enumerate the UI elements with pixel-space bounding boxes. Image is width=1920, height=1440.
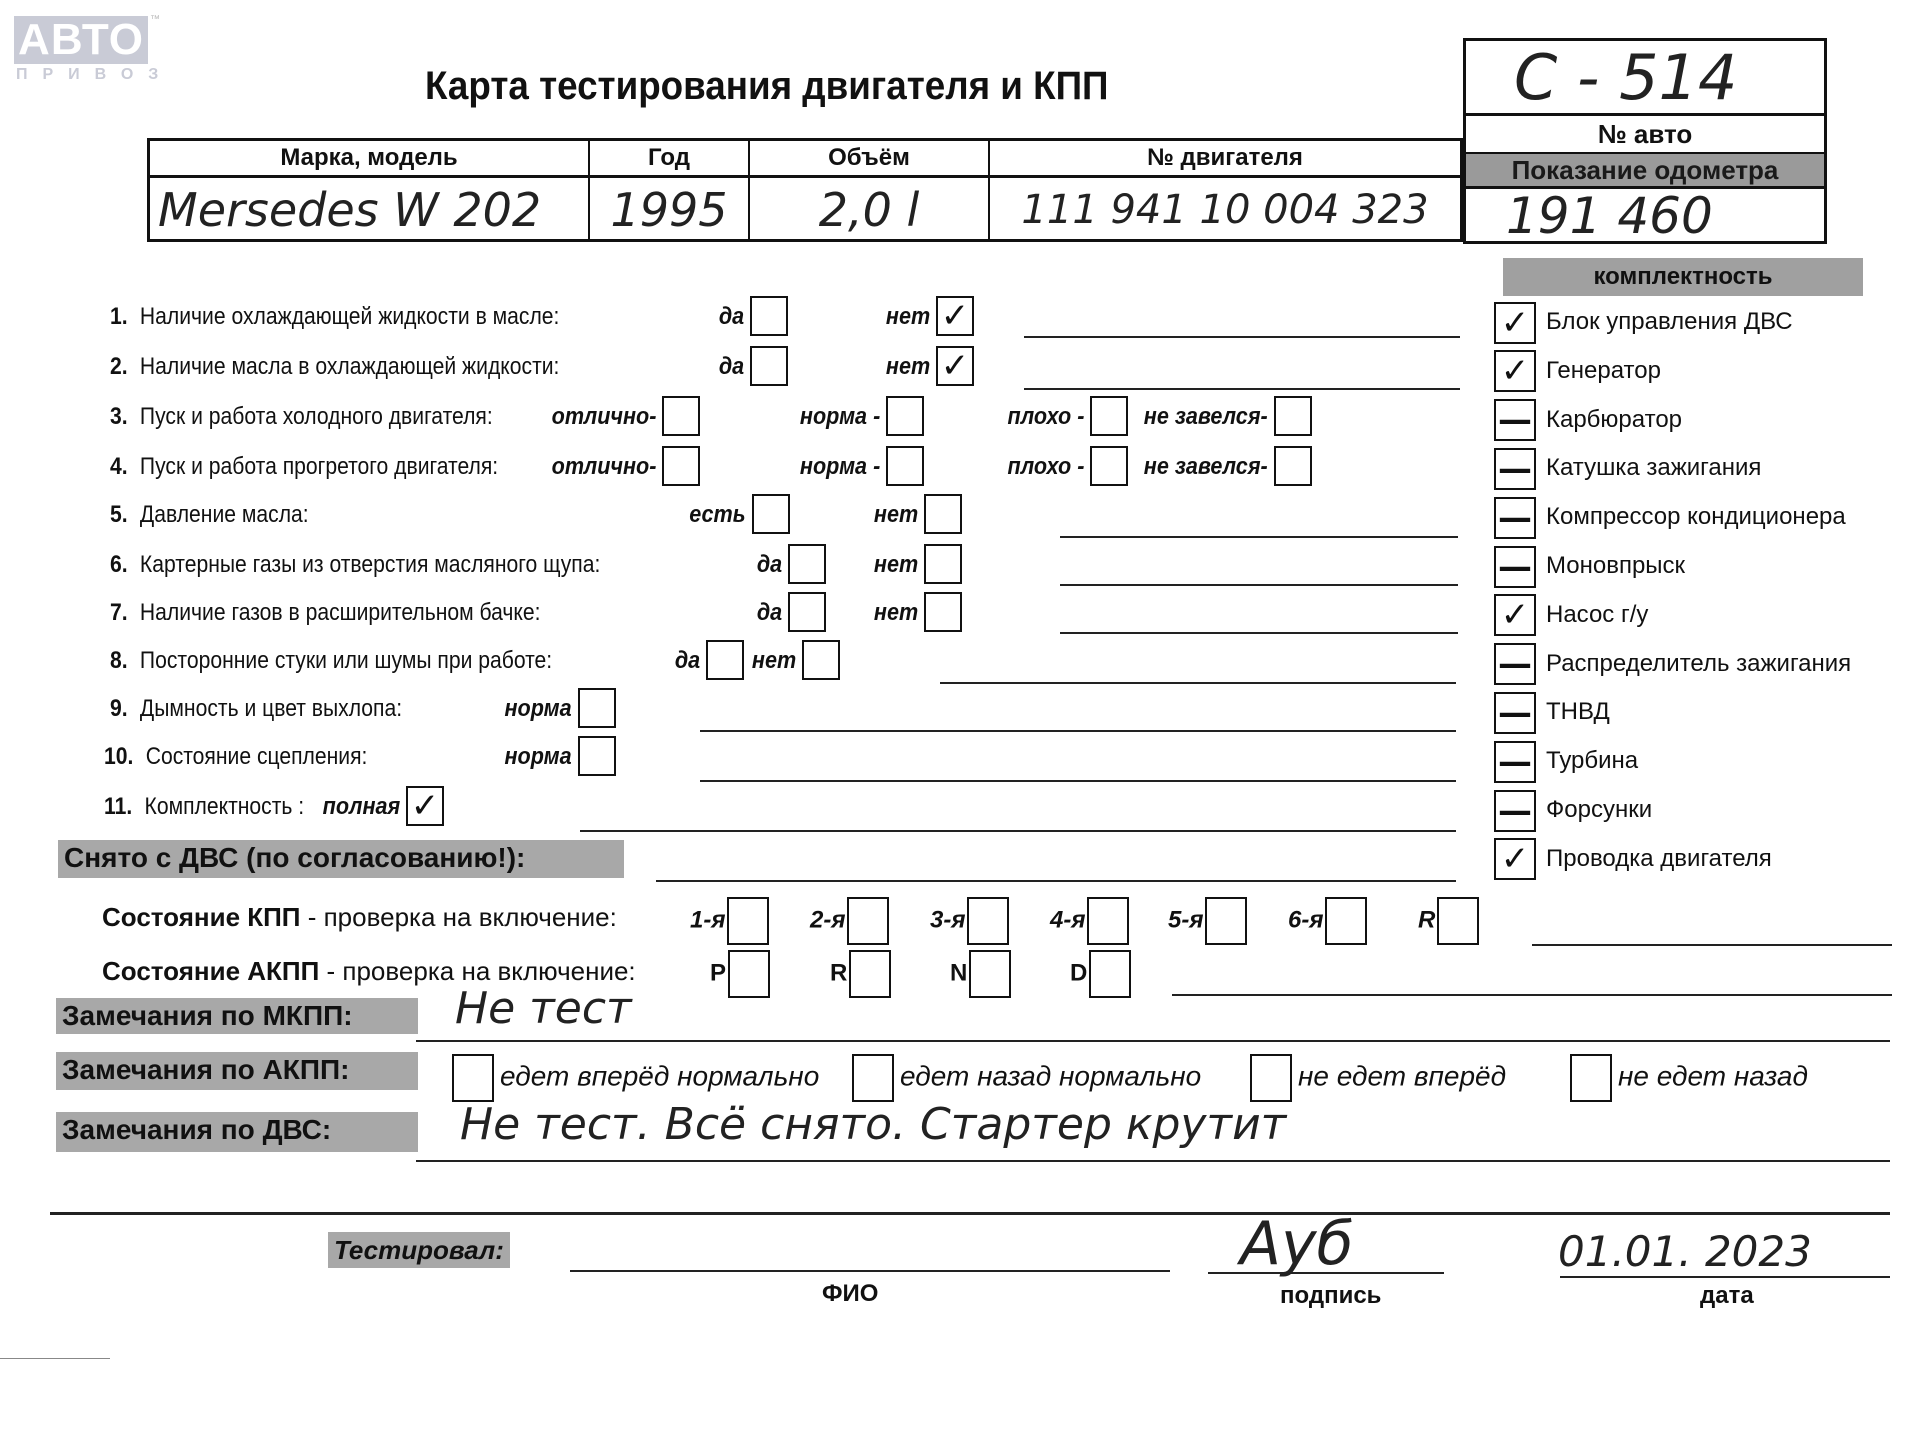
kpp-label-bold: Состояние КПП [102, 902, 301, 932]
tested-by-label: Тестировал: [328, 1232, 510, 1268]
option-label: норма - [800, 402, 880, 432]
completeness-checkbox[interactable]: — [1494, 497, 1536, 539]
option-label: не завелся- [1144, 402, 1268, 432]
akpp-gear-label: R [830, 959, 847, 986]
completeness-header: комплектность [1503, 258, 1863, 296]
option-label: отлично- [551, 402, 656, 432]
kpp-gear-checkbox[interactable] [1325, 897, 1367, 945]
engine-number-label: № двигателя [990, 141, 1460, 178]
akpp-gear-checkbox[interactable] [1089, 950, 1131, 998]
kpp-gear-option: R [1418, 897, 1479, 945]
completeness-item-label: Компрессор кондиционера [1546, 503, 1846, 530]
completeness-item-label: Турбина [1546, 747, 1638, 774]
engine-remarks-label: Замечания по ДВС: [56, 1112, 418, 1152]
option-label: есть [690, 500, 746, 530]
option-label: да [757, 598, 782, 628]
question-text: Наличие газов в расширительном бачке: [140, 599, 541, 626]
completeness-item-label: Катушка зажигания [1546, 454, 1761, 481]
option-label: да [757, 550, 782, 580]
kpp-gear-option: 3-я [930, 897, 1009, 945]
question-4: 4.Пуск и работа прогретого двигателя: [110, 452, 498, 482]
option-checkbox[interactable] [1274, 446, 1312, 486]
question-text: Наличие охлаждающей жидкости в масле: [140, 303, 559, 330]
akpp-remark-checkbox[interactable] [452, 1054, 494, 1102]
kpp-gear-checkbox[interactable] [1087, 897, 1129, 945]
question-2: 2.Наличие масла в охлаждающей жидкости: [110, 352, 559, 382]
question-text: Давление масла: [140, 501, 309, 528]
section-divider [50, 1212, 1890, 1215]
logo-trademark: ™ [150, 14, 160, 25]
completeness-item: —Карбюратор [1494, 398, 1682, 442]
completeness-checkbox[interactable]: — [1494, 790, 1536, 832]
completeness-checkbox[interactable]: ✓ [1494, 838, 1536, 880]
completeness-item-label: Моновпрыск [1546, 552, 1685, 579]
engine-number-column: № двигателя 111 941 10 004 323 [990, 141, 1460, 239]
completeness-item: ✓Насос г/у [1494, 593, 1648, 637]
option-label: плохо - [1007, 452, 1084, 482]
option-checkbox[interactable] [886, 396, 924, 436]
engine-remarks-line [416, 1160, 1890, 1162]
completeness-item: —Форсунки [1494, 788, 1652, 832]
kpp-label-rest: - проверка на включение: [301, 902, 617, 932]
option-checkbox[interactable] [706, 640, 744, 680]
completeness-checkbox[interactable]: — [1494, 741, 1536, 783]
question-1: 1.Наличие охлаждающей жидкости в масле: [110, 302, 559, 332]
question-3: 3.Пуск и работа холодного двигателя: [110, 402, 493, 432]
akpp-remarks-label: Замечания по АКПП: [56, 1052, 418, 1090]
question-number: 9. [110, 695, 128, 722]
question-7: 7.Наличие газов в расширительном бачке: [110, 598, 541, 628]
completeness-checkbox[interactable]: ✓ [1494, 350, 1536, 392]
kpp-gear-checkbox[interactable] [1437, 897, 1479, 945]
removed-parts-line[interactable] [656, 880, 1456, 882]
completeness-item: ✓Генератор [1494, 349, 1661, 393]
option-label: нет [752, 646, 796, 676]
option-label: да [719, 302, 744, 332]
question-5: 5.Давление масла: [110, 500, 309, 530]
volume-label: Объём [750, 141, 988, 178]
completeness-checkbox[interactable]: ✓ [1494, 302, 1536, 344]
completeness-item: ✓Проводка двигателя [1494, 837, 1772, 881]
fio-caption: ФИО [822, 1280, 878, 1308]
option-label: нет [874, 598, 918, 628]
option-checkbox[interactable] [1274, 396, 1312, 436]
completeness-item: ✓Блок управления ДВС [1494, 300, 1793, 344]
volume-column: Объём 2,0 l [750, 141, 990, 239]
option-checkbox[interactable] [752, 494, 790, 534]
question-number: 6. [110, 551, 128, 578]
kpp-gear-option: 4-я [1050, 897, 1129, 945]
completeness-item: —Катушка зажигания [1494, 446, 1761, 490]
kpp-gear-label: 5-я [1168, 906, 1203, 933]
question-notes-line[interactable] [1024, 388, 1460, 390]
engine-remarks-value[interactable]: Не тест. Всё снято. Стартер крутит [460, 1098, 1286, 1152]
completeness-item-label: Проводка двигателя [1546, 845, 1772, 872]
akpp-gear-option: D [1070, 950, 1131, 998]
year-label: Год [590, 141, 748, 178]
question-number: 3. [110, 403, 128, 430]
date-line [1560, 1276, 1890, 1278]
kpp-gear-label: 4-я [1050, 906, 1085, 933]
completeness-item: —Моновпрыск [1494, 544, 1685, 588]
option-label: полная [322, 792, 400, 822]
vehicle-header-table: Марка, модель Mersedes W 202 Год 1995 Об… [147, 138, 1463, 242]
kpp-gear-option: 6-я [1288, 897, 1367, 945]
odometer-value[interactable]: 191 460 [1466, 187, 1824, 243]
engine-number-value[interactable]: 111 941 10 004 323 [990, 178, 1460, 242]
option-label: отлично- [551, 452, 656, 482]
option-checkbox[interactable] [886, 446, 924, 486]
completeness-item-label: Карбюратор [1546, 406, 1682, 433]
akpp-gear-checkbox[interactable] [728, 950, 770, 998]
mkpp-remarks-value[interactable]: Не тест [455, 982, 632, 1036]
option-label: нет [874, 500, 918, 530]
option-checkbox[interactable] [788, 544, 826, 584]
akpp-gear-checkbox[interactable] [849, 950, 891, 998]
completeness-checkbox[interactable]: — [1494, 643, 1536, 685]
kpp-gear-option: 2-я [810, 897, 889, 945]
kpp-gear-label: 3-я [930, 906, 965, 933]
completeness-checkbox[interactable]: ✓ [1494, 594, 1536, 636]
akpp-remark-label: не едет назад [1618, 1060, 1808, 1091]
kpp-gear-checkbox[interactable] [967, 897, 1009, 945]
question-10: 10.Состояние сцепления: [104, 742, 367, 772]
vehicle-number-label: № авто [1466, 116, 1824, 152]
signature-line [1208, 1272, 1444, 1274]
volume-value[interactable]: 2,0 l [750, 178, 988, 242]
kpp-label: Состояние КПП - проверка на включение: [102, 900, 617, 934]
option-checkbox[interactable] [802, 640, 840, 680]
question-text: Состояние сцепления: [146, 743, 368, 770]
odometer-label: Показание одометра [1466, 152, 1824, 189]
date-value[interactable]: 01.01. 2023 [1558, 1228, 1812, 1276]
make-model-column: Марка, модель Mersedes W 202 [150, 141, 590, 239]
completeness-item-label: Блок управления ДВС [1546, 308, 1793, 335]
completeness-item-label: ТНВД [1546, 698, 1610, 725]
question-text: Комплектность : [145, 793, 305, 820]
question-number: 10. [104, 743, 133, 770]
kpp-notes-line[interactable] [1532, 944, 1892, 946]
mkpp-remarks-label: Замечания по МКПП: [56, 998, 418, 1034]
completeness-checkbox[interactable]: — [1494, 546, 1536, 588]
kpp-gear-label: 2-я [810, 906, 845, 933]
removed-parts-label: Снято с ДВС (по согласованию!): [58, 840, 624, 878]
question-number: 8. [110, 647, 128, 674]
kpp-gear-checkbox[interactable] [727, 897, 769, 945]
option-checkbox[interactable]: ✓ [936, 296, 974, 336]
question-text: Наличие масла в охлаждающей жидкости: [140, 353, 559, 380]
akpp-gear-option: N [950, 950, 1011, 998]
option-label: норма - [800, 452, 880, 482]
option-label: нет [874, 550, 918, 580]
completeness-checkbox[interactable]: — [1494, 399, 1536, 441]
make-model-value[interactable]: Mersedes W 202 [150, 178, 588, 242]
year-value[interactable]: 1995 [590, 178, 748, 242]
option-label: нет [886, 302, 930, 332]
akpp-remark-label: не едет вперёд [1298, 1060, 1506, 1091]
question-notes-line[interactable] [940, 682, 1456, 684]
option-checkbox[interactable] [750, 346, 788, 386]
question-notes-line[interactable] [700, 780, 1456, 782]
completeness-item-label: Форсунки [1546, 796, 1652, 823]
option-checkbox[interactable] [662, 446, 700, 486]
date-caption: дата [1700, 1282, 1754, 1310]
question-6: 6.Картерные газы из отверстия масляного … [110, 550, 600, 580]
vehicle-number-value[interactable]: C - 514 [1466, 41, 1824, 116]
option-label: не завелся- [1144, 452, 1268, 482]
question-notes-line[interactable] [1060, 584, 1458, 586]
option-label: норма [505, 694, 572, 724]
akpp-gear-label: P [710, 959, 726, 986]
question-9: 9.Дымность и цвет выхлопа: [110, 694, 402, 724]
option-checkbox[interactable] [750, 296, 788, 336]
vehicle-info-box: C - 514 № авто Показание одометра 191 46… [1463, 38, 1827, 244]
option-checkbox[interactable] [578, 688, 616, 728]
logo: АВТО [14, 16, 148, 64]
make-model-label: Марка, модель [150, 141, 588, 178]
akpp-gear-label: N [950, 959, 967, 986]
question-number: 2. [110, 353, 128, 380]
kpp-gear-option: 1-я [690, 897, 769, 945]
question-text: Картерные газы из отверстия масляного щу… [140, 551, 600, 578]
kpp-gear-label: 6-я [1288, 906, 1323, 933]
signature-value[interactable]: Ауб [1240, 1212, 1354, 1276]
kpp-gear-label: 1-я [690, 906, 725, 933]
option-checkbox[interactable] [1090, 446, 1128, 486]
completeness-item-label: Насос г/у [1546, 601, 1648, 628]
option-checkbox[interactable]: ✓ [406, 786, 444, 826]
option-checkbox[interactable] [578, 736, 616, 776]
question-notes-line[interactable] [1060, 632, 1458, 634]
question-number: 1. [110, 303, 128, 330]
akpp-notes-line[interactable] [1172, 994, 1892, 996]
akpp-gear-label: D [1070, 959, 1087, 986]
question-number: 5. [110, 501, 128, 528]
akpp-remark-checkbox[interactable] [1570, 1054, 1612, 1102]
akpp-remark-label: едет вперёд нормально [500, 1060, 819, 1091]
akpp-remark-option: не едет вперёд [1250, 1054, 1506, 1102]
question-notes-line[interactable] [700, 730, 1456, 732]
fio-line[interactable] [570, 1270, 1170, 1272]
question-number: 4. [110, 453, 128, 480]
mkpp-remarks-line [416, 1040, 1890, 1042]
question-8: 8.Посторонние стуки или шумы при работе: [110, 646, 552, 676]
question-text: Посторонние стуки или шумы при работе: [140, 647, 552, 674]
option-label: норма [505, 742, 572, 772]
akpp-gear-checkbox[interactable] [969, 950, 1011, 998]
completeness-item: —Турбина [1494, 739, 1638, 783]
question-notes-line[interactable] [580, 830, 1456, 832]
question-text: Пуск и работа холодного двигателя: [140, 403, 493, 430]
option-checkbox[interactable] [662, 396, 700, 436]
question-text: Дымность и цвет выхлопа: [140, 695, 402, 722]
completeness-item: —ТНВД [1494, 690, 1610, 734]
option-label: плохо - [1007, 402, 1084, 432]
question-number: 11. [104, 793, 132, 820]
completeness-checkbox[interactable]: — [1494, 448, 1536, 490]
question-notes-line[interactable] [1024, 336, 1460, 338]
option-checkbox[interactable] [924, 592, 962, 632]
question-notes-line[interactable] [1060, 536, 1458, 538]
kpp-gear-checkbox[interactable] [1205, 897, 1247, 945]
option-checkbox[interactable]: ✓ [936, 346, 974, 386]
year-column: Год 1995 [590, 141, 750, 239]
akpp-gear-option: R [830, 950, 891, 998]
option-label: нет [886, 352, 930, 382]
question-text: Пуск и работа прогретого двигателя: [140, 453, 498, 480]
scan-edge-line [0, 1358, 110, 1359]
option-checkbox[interactable] [924, 544, 962, 584]
kpp-gear-option: 5-я [1168, 897, 1247, 945]
option-checkbox[interactable] [1090, 396, 1128, 436]
akpp-remark-label: едет назад нормально [900, 1060, 1201, 1091]
option-checkbox[interactable] [924, 494, 962, 534]
akpp-remark-option: едет назад нормально [852, 1054, 1201, 1102]
completeness-checkbox[interactable]: — [1494, 692, 1536, 734]
akpp-remark-checkbox[interactable] [1250, 1054, 1292, 1102]
completeness-item: —Компрессор кондиционера [1494, 495, 1846, 539]
akpp-remark-option: едет вперёд нормально [452, 1054, 819, 1102]
akpp-label-bold: Состояние АКПП [102, 956, 319, 986]
akpp-gear-option: P [710, 950, 770, 998]
option-checkbox[interactable] [788, 592, 826, 632]
signature-caption: подпись [1280, 1282, 1381, 1310]
completeness-item: —Распределитель зажигания [1494, 642, 1851, 686]
option-label: да [675, 646, 700, 676]
completeness-item-label: Распределитель зажигания [1546, 650, 1851, 677]
logo-subtitle: ПРИВОЗ [16, 66, 152, 84]
completeness-item-label: Генератор [1546, 357, 1661, 384]
kpp-gear-checkbox[interactable] [847, 897, 889, 945]
page-title: Карта тестирования двигателя и КПП [425, 62, 1108, 110]
akpp-remark-option: не едет назад [1570, 1054, 1808, 1102]
question-11: 11.Комплектность : [104, 792, 304, 822]
kpp-gear-label: R [1418, 906, 1435, 933]
question-number: 7. [110, 599, 128, 626]
akpp-remark-checkbox[interactable] [852, 1054, 894, 1102]
option-label: да [719, 352, 744, 382]
